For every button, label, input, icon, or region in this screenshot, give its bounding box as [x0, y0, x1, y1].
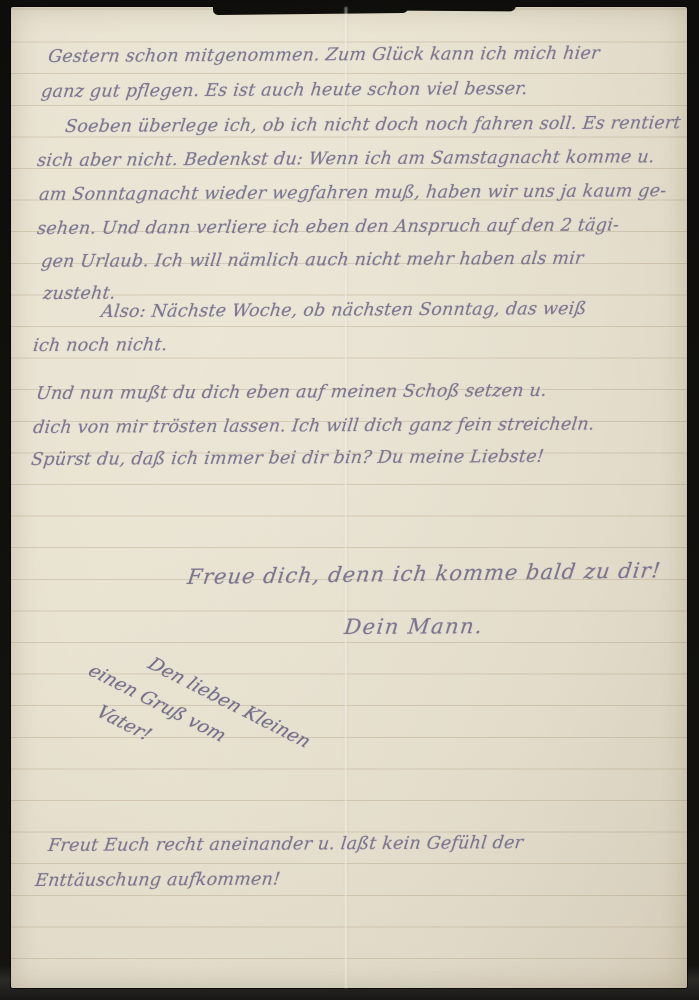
postscript-line: Enttäuschung aufkommen!: [34, 870, 281, 891]
handwriting-line: sehen. Und dann verliere ich eben den An…: [36, 215, 620, 239]
handwriting-line: sich aber nicht. Bedenkst du: Wenn ich a…: [36, 147, 656, 171]
handwriting-line: Also: Nächste Woche, ob nächsten Sonntag…: [100, 299, 587, 322]
handwriting-line: ich noch nicht.: [32, 335, 169, 356]
handwriting-line: Und nun mußt du dich eben auf meinen Sch…: [35, 381, 548, 404]
handwriting-line: am Sonntagnacht wieder wegfahren muß, ha…: [38, 181, 668, 205]
scan-background: { "colors": { "background": "#14130f", "…: [0, 0, 699, 1000]
handwriting-line: zusteht.: [42, 284, 117, 304]
handwriting-line: gen Urlaub. Ich will nämlich auch nicht …: [40, 249, 585, 272]
handwriting-line: Gestern schon mitgenommen. Zum Glück kan…: [47, 44, 601, 67]
postscript-line: Freut Euch recht aneinander u. laßt kein…: [47, 833, 524, 856]
torn-edge-shadow: [213, 1, 409, 15]
handwriting-line: dich von mir trösten lassen. Ich will di…: [32, 415, 596, 438]
handwriting-line: Spürst du, daß ich immer bei dir bin? Du…: [30, 447, 545, 470]
handwriting-line: Soeben überlege ich, ob ich nicht doch n…: [64, 113, 682, 137]
handwriting-line: ganz gut pflegen. Es ist auch heute scho…: [40, 79, 529, 102]
torn-edge-shadow: [396, 3, 516, 12]
signature-line: Dein Mann.: [343, 614, 485, 639]
